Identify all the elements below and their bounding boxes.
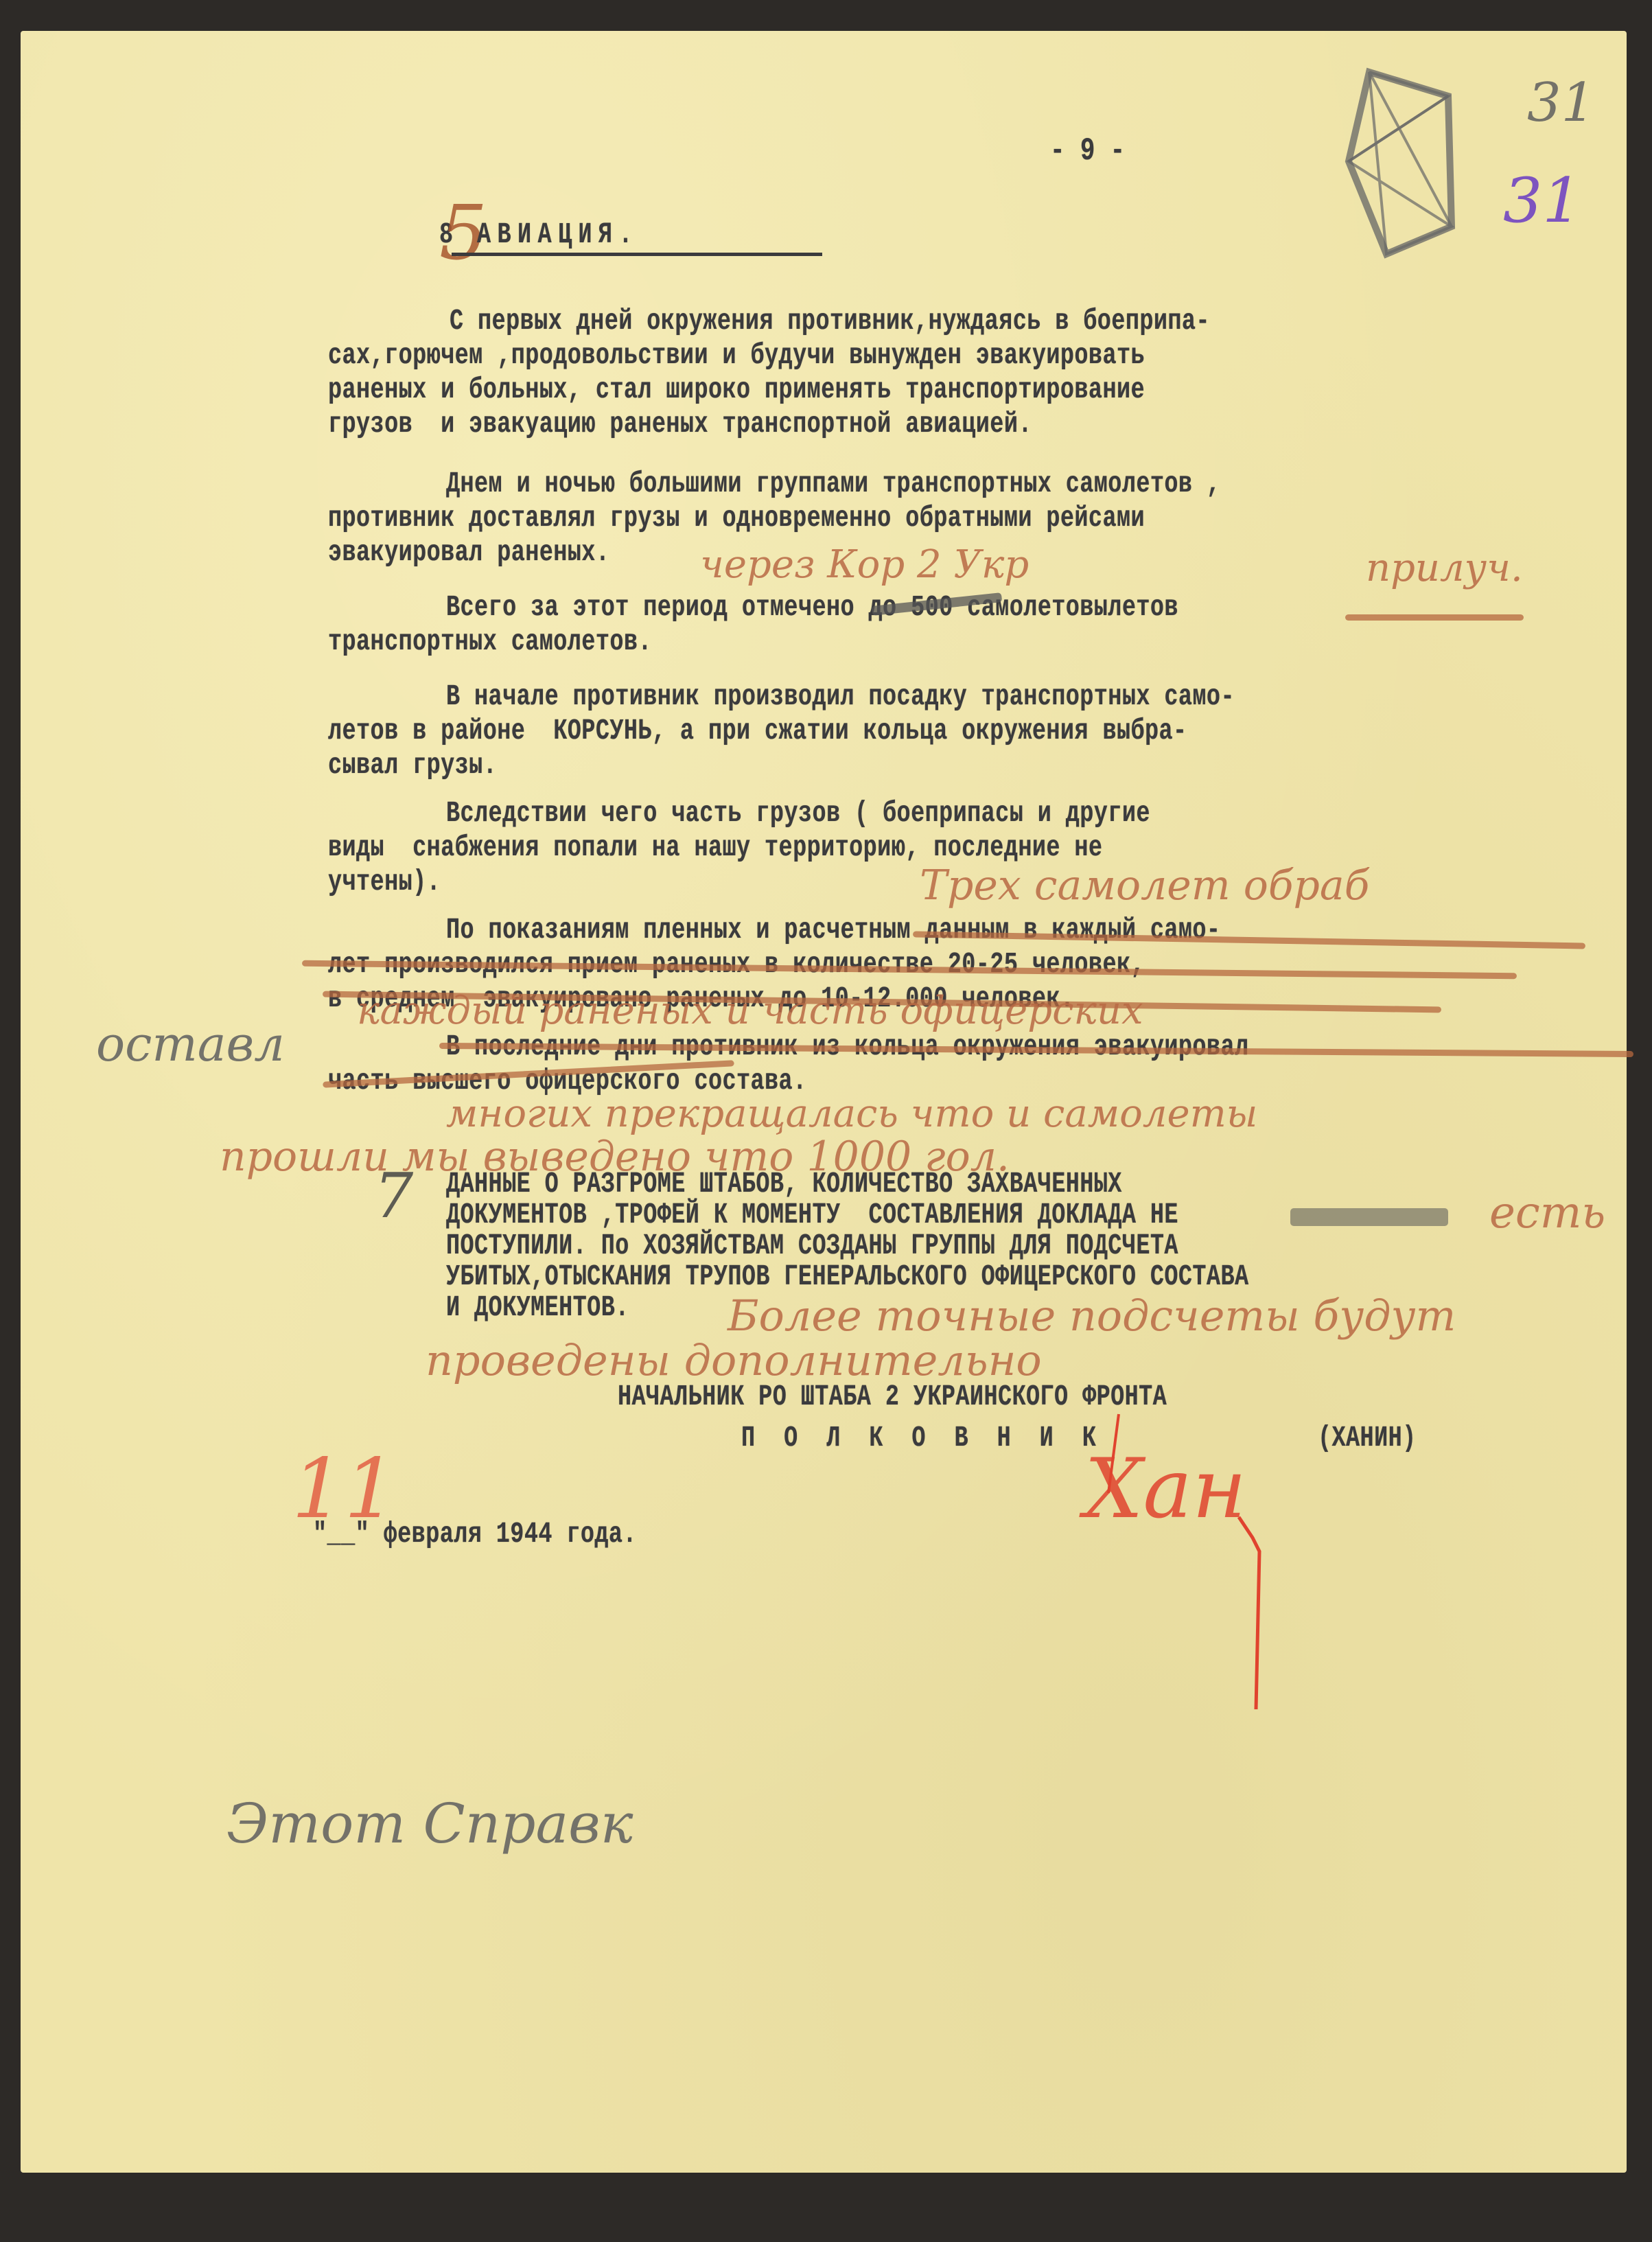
paragraph-2-line-1: Днем и ночью большими группами транспорт… <box>446 467 1220 501</box>
strike-vyletov <box>1345 614 1524 621</box>
date-day-handwritten: 11 <box>292 1442 397 1537</box>
paragraph-4-line-1: В начале противник производил посадку тр… <box>446 680 1235 714</box>
annotation-kazhdyi-ranenykh: каждый раненых и часть офицерских <box>357 989 1143 1033</box>
archive-stamp-icon <box>1345 65 1482 257</box>
section-7-line-3: ПОСТУПИЛИ. По ХОЗЯЙСТВАМ СОЗДАНЫ ГРУППЫ … <box>446 1229 1178 1263</box>
section-7-line-1: ДАННЫЕ О РАЗГРОМЕ ШТАБОВ, КОЛИЧЕСТВО ЗАХ… <box>446 1167 1122 1201</box>
section-7-line-5: И ДОКУМЕНТОВ. <box>446 1291 629 1325</box>
paragraph-1-line-1: С первых дней окружения противник,нуждая… <box>450 304 1210 338</box>
paragraph-2-line-3: эвакуировал раненых. <box>328 535 609 570</box>
annotation-cherez: через Кор 2 Укр <box>700 542 1029 587</box>
paragraph-2-line-2: противник доставлял грузы и одновременно… <box>328 501 1145 535</box>
annotation-mnogikh: многих прекращалась что и самолеты <box>446 1091 1257 1136</box>
date-text: февраля 1944 года. <box>384 1517 637 1551</box>
section-title: АВИАЦИЯ. <box>477 218 639 252</box>
footer-note: Этот Справк <box>226 1792 633 1856</box>
strike-doklada <box>1290 1208 1448 1226</box>
annotation-prilutch: прилуч. <box>1366 546 1523 590</box>
sheet-number-ink: 31 <box>1503 165 1582 237</box>
paragraph-3-line-2: транспортных самолетов. <box>328 625 652 659</box>
paragraph-5-line-1: Вследствии чего часть грузов ( боеприпас… <box>446 796 1150 831</box>
paragraph-5-line-3: учтены). <box>328 865 441 899</box>
paragraph-5-line-2: виды снабжения попали на нашу территорию… <box>328 831 1102 865</box>
paragraph-1-line-2: сах,горючем ,продовольствии и будучи вын… <box>328 338 1145 373</box>
annotation-trekh-samolet: Трех самолет обраб <box>920 862 1369 910</box>
signature-upstroke <box>1105 1414 1126 1496</box>
page-number: - 9 - <box>1050 134 1126 168</box>
paragraph-4-line-2: летов в районе КОРСУНЬ, а при сжатии кол… <box>328 714 1187 748</box>
paragraph-6-line-1: По показаниям пленных и расчетным данным… <box>446 913 1220 947</box>
title-underline <box>452 253 822 256</box>
annotation-bolee-tochnye: Более точные подсчеты будут <box>728 1291 1456 1341</box>
signature-tail <box>1235 1510 1277 1716</box>
paragraph-3-line-1: Всего за этот период отмечено до 500 сам… <box>446 590 1178 625</box>
annotation-provedeny: проведены дополнительно <box>426 1335 1042 1385</box>
annotation-est: есть <box>1489 1188 1605 1238</box>
paragraph-1-line-3: раненых и больных, стал широко применять… <box>328 373 1145 407</box>
section-7-line-2: ДОКУМЕНТОВ ,ТРОФЕЙ К МОМЕНТУ СОСТАВЛЕНИЯ… <box>446 1198 1178 1232</box>
signature-position: НАЧАЛЬНИК РО ШТАБА 2 УКРАИНСКОГО ФРОНТА <box>618 1380 1167 1414</box>
sheet-number-pencil: 31 <box>1527 72 1595 134</box>
section-7-number: 7 <box>374 1160 413 1232</box>
signature-rank: П О Л К О В Н И К <box>741 1421 1104 1455</box>
signature-name: (ХАНИН) <box>1318 1421 1417 1455</box>
section-7-line-4: УБИТЫХ,ОТЫСКАНИЯ ТРУПОВ ГЕНЕРАЛЬСКОГО ОФ… <box>446 1260 1248 1294</box>
paragraph-1-line-4: грузов и эвакуацию раненых транспортной … <box>328 407 1032 441</box>
paragraph-4-line-3: сывал грузы. <box>328 748 497 783</box>
margin-note-ostavl: оставл <box>96 1016 285 1072</box>
